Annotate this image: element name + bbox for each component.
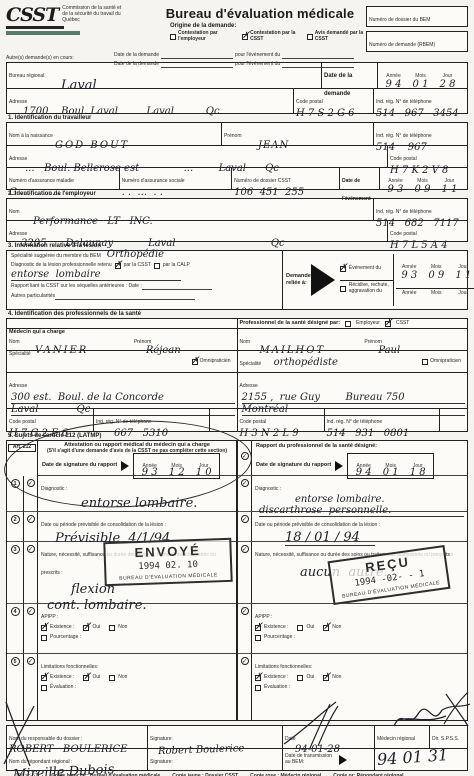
bureau-cp-field: Code postal H 7 S 2 G 6 — [293, 89, 373, 113]
rapport-diagnostic-field: Diagnostic : entorse lombaire. discarthr… — [252, 476, 467, 512]
designe-specialite-field: Spécialité orthopédiste Omnipraticien — [238, 351, 468, 373]
checkbox-limitations-non-g — [109, 675, 115, 681]
bureau-cp-value: H 7 S 2 G 6 — [296, 108, 371, 119]
designe-cp-value: H 3 N 2 L 9 — [240, 428, 322, 439]
recidive-row: Récidive, rechute, aggravation du — [340, 280, 393, 295]
responsable-field: Nom du responsable du dossier : ROBERT B… — [7, 726, 147, 748]
csst-logo: CSST — [6, 6, 58, 25]
diagnostic-retenu-label: Diagnostic de la lésion professionnelle … — [11, 263, 112, 269]
checkbox-apipp-existence-d — [255, 625, 261, 631]
checkbox-designe-employeur — [345, 321, 351, 327]
margin-check-icon — [241, 545, 249, 553]
transmission-value-cell: 94 01 31 — [374, 749, 467, 770]
medecin-regional-cell: Médecin régional — [374, 726, 429, 748]
medecin-empty-cell — [209, 409, 237, 431]
assurance-maladie-value: G ... . ...... . . — [9, 187, 117, 198]
numero-boxes: Numéro de dossier du BEM Numéro de deman… — [366, 6, 468, 52]
attestation-nature-line1: flexion — [71, 583, 233, 597]
margin-number-1: 1 — [11, 479, 20, 488]
lesion-left: Spécialité suggérée du membre du BEM Ort… — [7, 251, 282, 309]
designe-specialite-value: orthopédiste — [274, 357, 338, 368]
numero-dossier-bem-box: Numéro de dossier du BEM — [366, 6, 468, 27]
rapport-date-sig-row: Date de signature du rapport AnnéeMoisJo… — [252, 456, 467, 476]
arrow-right-icon — [311, 264, 335, 296]
checkbox-limitations-evaluation-d — [255, 685, 261, 691]
rapport-diagnostic-line1: entorse lombaire. — [295, 494, 464, 505]
art212-label: Art. 212 — [8, 444, 36, 452]
origine-label: Origine de la demande: — [170, 23, 366, 30]
checkbox-apipp-non-g — [109, 625, 115, 631]
dossier-csst-value: 106 451 255 — [234, 187, 337, 198]
checkbox-par-csst — [115, 263, 121, 269]
medecin-tel-value: 667 5310 — [114, 428, 207, 439]
employeur-adresse-value: 3205 Delaunay Laval Qc — [21, 238, 385, 249]
arrow-right-icon — [335, 461, 343, 471]
transmission-value: 94 01 31 — [376, 745, 465, 769]
bottom-table: Nom du responsable du dossier : ROBERT B… — [6, 725, 468, 771]
margin-check-icon — [27, 479, 35, 487]
signature-responsable-field: Signature: Robert Boulerice — [147, 726, 282, 748]
attestation-consolidation-field: Date ou période prévisible de consolidat… — [38, 512, 236, 542]
checkbox-par-calp — [154, 263, 160, 269]
designe-col: Professionnel de la santé désigné par: E… — [237, 319, 468, 431]
medecin-tel-field: Ind. rég. N° de téléphone 667 5310 — [93, 409, 209, 431]
form-title: Bureau d'évaluation médicale — [154, 6, 366, 21]
checkbox-limitations-existence-d — [255, 675, 261, 681]
specialite-bem-label: Spécialité suggérée du membre du BEM — [11, 254, 101, 260]
margin-check-icon — [27, 545, 35, 553]
scanned-form-page: CSST Commission de la santé et de la séc… — [0, 0, 474, 776]
autre-demande-row-1: Date de la demande pour l'événement du — [114, 53, 354, 59]
assurance-sociale-field: Numéro d'assurance sociale . . ... . . — [119, 168, 232, 189]
margin-number-5: 5 — [11, 657, 20, 666]
employeur-adresse-field: Adresse 3205 Delaunay Laval Qc — [7, 221, 387, 241]
signature-repondant-field: Signature: — [147, 749, 282, 770]
employeur-cp-value: H 7 L 5 A 4 — [390, 240, 465, 251]
margin-check-icon — [241, 452, 249, 460]
art212-margin-header: Art. 212 — [7, 441, 38, 476]
margin-check-icon — [27, 515, 35, 523]
bureau-adresse-value: 1700 Boul. Laval Laval Qc — [23, 106, 291, 117]
medecin-charge-col: Médecin qui a charge Nom VANIER Prénom R… — [7, 319, 237, 431]
travailleur-block: Nom à la naissance GOD BOUT Prénom JEAN … — [6, 122, 468, 190]
diagnostic-retenu-value: entorse lombaire — [11, 269, 181, 281]
specialite-bem-value: Orthopédie — [107, 249, 164, 260]
demande-reliee-label: Demande reliée à: — [286, 273, 311, 286]
margin-number-3: 3 — [11, 545, 20, 554]
origine-option-avis: Avis demandé par la CSST — [307, 31, 366, 43]
bureau-regional-block: Bureau régional Laval Date de la demande… — [6, 62, 468, 114]
medecin-adresse-line1: 300 est. Boul. de la Concorde — [11, 392, 235, 404]
attestation-apipp-field: APIPP : Existence : Oui Non Pourcentage … — [38, 604, 236, 654]
rapport-apipp-field: APIPP : Existence : Oui Non Pourcentage … — [252, 604, 467, 654]
autres-particularites-label: Autres particularités — [11, 294, 55, 300]
checkbox-recidive — [340, 286, 346, 292]
numero-demande-rbem-box: Numéro de demande (RBEM) — [366, 31, 468, 52]
date-demande-label-cell: Date de la demande — [321, 63, 377, 88]
checkbox-designe-csst — [385, 321, 391, 327]
professionnels-block: Médecin qui a charge Nom VANIER Prénom R… — [6, 318, 468, 432]
designe-empty-cell — [439, 409, 467, 431]
checkbox-evenement-du — [340, 266, 346, 272]
travailleur-prenom-field: Prénom JEAN — [221, 123, 373, 145]
checkbox-contestation-employeur — [170, 34, 176, 40]
employeur-block: Nom Performance LT INC. Ind. rég. N° de … — [6, 198, 468, 242]
assurance-maladie-field: Numéro d'assurance maladie G ... . .....… — [7, 168, 119, 189]
evenement-du-row: Événement du — [340, 266, 393, 272]
margin-number-4: 4 — [11, 607, 20, 616]
date-evenement-label-cell: Date de l'événement — [339, 168, 379, 189]
origine-option-csst: Contestation par la CSST — [242, 31, 299, 43]
lesion-block: Spécialité suggérée du membre du BEM Ort… — [6, 250, 468, 310]
logo-underline-bar — [6, 26, 64, 29]
margin-check-icon — [241, 479, 249, 487]
checkbox-apipp-oui-d — [297, 625, 303, 631]
travailleur-nom-field: Nom à la naissance GOD BOUT — [7, 123, 221, 145]
arrow-right-icon — [339, 755, 347, 765]
origine-option-employeur: Contestation par l'employeur — [170, 31, 234, 43]
form-header: CSST Commission de la santé et de la séc… — [0, 0, 474, 62]
medecin-specialite-field: Spécialité Omnipraticien — [7, 351, 237, 373]
medecin-prenom-field: Prénom Réjean — [132, 329, 237, 350]
margin-check-icon — [27, 607, 35, 615]
bureau-regional-field: Bureau régional Laval — [7, 63, 321, 88]
date-evenement-amj: AnnéeMoisJour 9 30 91 1 — [379, 168, 467, 189]
logo-tagline-bar — [6, 31, 80, 35]
designe-nom-field: Nom MAILHOT — [238, 329, 363, 350]
checkbox-limitations-non-d — [323, 675, 329, 681]
designe-tel-field: Ind. rég. N° de téléphone 514 931 0801 — [324, 409, 440, 431]
checkbox-limitations-evaluation-g — [41, 685, 47, 691]
margin-check-icon — [241, 607, 249, 615]
rapport-liant-label: Rapport liant la CSST sur les séquelles … — [11, 284, 142, 290]
checkbox-apipp-pourcentage-g — [41, 635, 47, 641]
designe-title: Professionnel de la santé désigné par: — [240, 320, 341, 327]
section4-title: 4. Identification des professionnels de … — [0, 310, 474, 318]
checkbox-designe-omnipraticien — [422, 359, 428, 365]
attestation-limitations-field: Limitations fonctionnelles: Existence : … — [38, 654, 236, 720]
rapport-consolidation-field: Date ou période prévisible de consolidat… — [252, 512, 467, 542]
medecin-cp-field: Code postal H 7 G 2 E 6 — [7, 409, 93, 431]
checkbox-apipp-oui-g — [83, 625, 89, 631]
lesion-evenement-amj: AnnéeMoisJour 9 30 91 1 — [396, 264, 474, 281]
bureau-tel-field: Ind. rég. N° de téléphone 514 967 3454 — [373, 89, 467, 113]
transmission-field: Date de transmission au BEM: — [282, 749, 374, 770]
travailleur-cp-field: Code postal H 7 K 2 V 8 — [387, 146, 467, 167]
envoye-stamp: ENVOYÉ 1994 02. 10 BUREAU D'ÉVALUATION M… — [103, 538, 232, 586]
designe-adresse-field: Adresse 2155 , rue Guy Bureau 750 Montré… — [238, 373, 468, 409]
checkbox-apipp-non-d — [323, 625, 329, 631]
bureau-adresse-field: Adresse 1700 Boul. Laval Laval Qc — [7, 89, 293, 113]
travailleur-adresse-field: Adresse ... Boul. Bellerose est ... Lava… — [7, 146, 387, 167]
demande-reliee-panel: Demande reliée à: Événement du Récidive,… — [282, 251, 467, 309]
designe-adresse-line1: 2155 , rue Guy Bureau 750 — [242, 392, 466, 404]
date-responsable-field: Date 94-01-28 — [282, 726, 374, 748]
designe-prenom-field: Prénom Paul — [362, 329, 467, 350]
date-demande-amj: AnnéeMoisJour 9 40 12 8 — [377, 63, 467, 88]
dossier-csst-field: Numéro de dossier CSST 106 451 255 — [231, 168, 339, 189]
employeur-cp-field: Code postal H 7 L 5 A 4 — [387, 221, 467, 241]
bureau-tel-value: 514 967 3454 — [376, 108, 465, 119]
medecin-cp-value: H 7 G 2 E 6 — [9, 428, 91, 439]
designe-tel-value: 514 931 0801 — [327, 428, 438, 439]
repondant-field: Nom du répondant régional : Mireille Dub… — [7, 749, 147, 770]
attestation-date-sig-row: Date de signature du rapport AnnéeMoisJo… — [38, 456, 236, 476]
checkbox-medecin-omnipraticien — [192, 359, 198, 365]
arrow-right-icon — [121, 461, 129, 471]
employeur-nom-field: Nom Performance LT INC. — [7, 199, 373, 220]
assurance-sociale-value: . . ... . . — [122, 187, 230, 198]
checkbox-apipp-existence-g — [41, 625, 47, 631]
employeur-tel-field: Ind. rég. N° de téléphone 514 682 7117 — [373, 199, 467, 220]
checkbox-limitations-oui-d — [297, 675, 303, 681]
medecin-nom-field: Nom VANIER — [7, 329, 132, 350]
csst-logo-block: CSST Commission de la santé et de la séc… — [6, 6, 154, 52]
travailleur-tel-field: Ind. rég. N° de téléphone 514 967 — [373, 123, 467, 145]
checkbox-apipp-pourcentage-d — [255, 635, 261, 641]
margin-number-2: 2 — [11, 515, 20, 524]
margin-check-icon — [27, 657, 35, 665]
medecin-adresse-field: Adresse 300 est. Boul. de la Concorde La… — [7, 373, 237, 409]
margin-check-icon — [241, 657, 249, 665]
attestation-diagnostic-value: entorse lombaire. — [81, 497, 233, 511]
csst-logo-subtext: Commission de la santé et de la sécurité… — [62, 6, 124, 23]
margin-check-icon — [241, 515, 249, 523]
designe-cp-field: Code postal H 3 N 2 L 9 — [238, 409, 324, 431]
attestation-diagnostic-field: Diagnostic : entorse lombaire. — [38, 476, 236, 512]
checkbox-avis-csst — [307, 34, 313, 40]
lesion-recidive-amj: AnnéeMoisJour — [396, 288, 474, 296]
checkbox-contestation-csst — [242, 34, 248, 40]
rapport-limitations-field: Limitations fonctionnelles: Existence : … — [252, 654, 467, 720]
checkbox-limitations-existence-g — [41, 675, 47, 681]
checkbox-limitations-oui-g — [83, 675, 89, 681]
